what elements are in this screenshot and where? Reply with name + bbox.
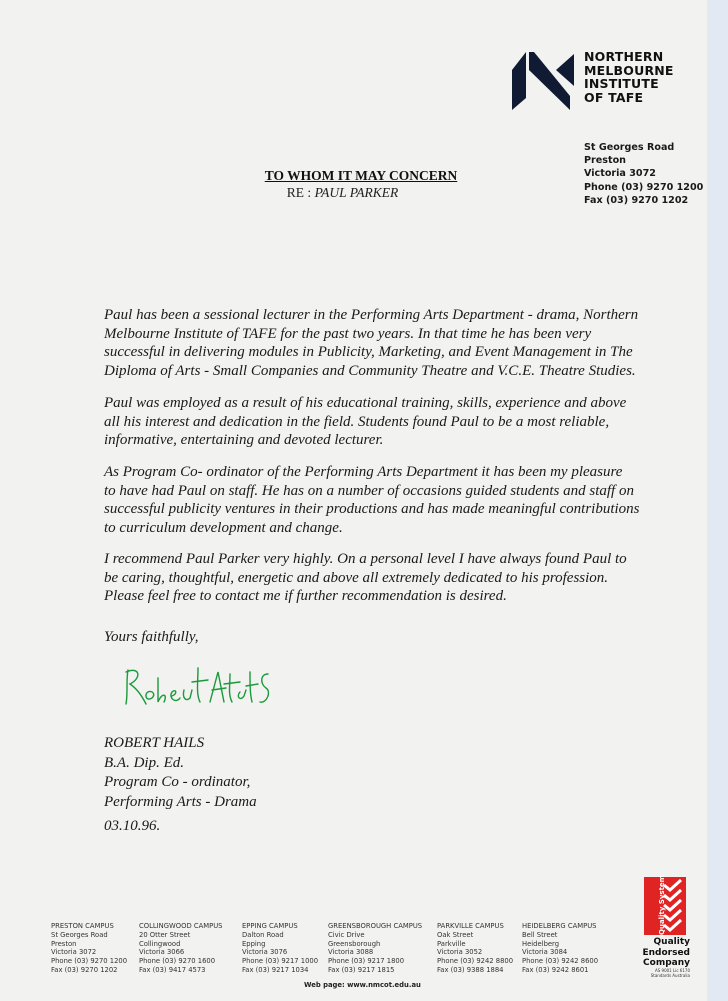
campus-line: Civic Drive [328,931,422,940]
checkmarks-icon [660,879,684,933]
org-name: NORTHERN MELBOURNE INSTITUTE OF TAFE [584,50,674,104]
campus-line: Fax (03) 9217 1034 [242,966,318,975]
org-name-line: INSTITUTE [584,77,674,91]
re-name: PAUL PARKER [315,185,399,200]
paragraph: Paul has been a sessional lecturer in th… [104,306,638,380]
campus-name: EPPING CAMPUS [242,922,318,931]
address-line: St Georges Road [584,141,703,154]
campus-line: Fax (03) 9242 8601 [522,966,598,975]
campus-line: Preston [51,940,127,949]
signer-department: Performing Arts - Drama [104,793,257,813]
campus-name: HEIDELBERG CAMPUS [522,922,598,931]
signature-icon [122,664,272,714]
letter-title: TO WHOM IT MAY CONCERN [15,168,707,184]
campus-line: Dalton Road [242,931,318,940]
paragraph: I recommend Paul Parker very highly. On … [104,550,627,606]
campus-parkville: PARKVILLE CAMPUS Oak Street Parkville Vi… [437,922,513,975]
org-name-line: NORTHERN [584,50,674,64]
campus-epping: EPPING CAMPUS Dalton Road Epping Victori… [242,922,318,975]
campus-line: Victoria 3076 [242,948,318,957]
text-line: Melbourne Institute of TAFE for the past… [104,326,591,342]
campus-line: Fax (03) 9270 1202 [51,966,127,975]
address-line: Preston [584,154,703,167]
campus-line: Victoria 3084 [522,948,598,957]
text-line: be caring, thoughtful, energetic and abo… [104,570,608,586]
campus-line: Phone (03) 9242 8600 [522,957,598,966]
campus-line: Phone (03) 9217 1800 [328,957,422,966]
signoff-block: ROBERT HAILS B.A. Dip. Ed. Program Co - … [104,734,257,812]
signer-title: Program Co - ordinator, [104,773,257,793]
quality-small-line: Standards Australia [636,973,690,978]
text-line: successful publicity ventures in their p… [104,501,640,517]
text-line: As Program Co- ordinator of the Performi… [104,464,622,480]
nmit-logo-icon [512,48,580,110]
campus-line: Phone (03) 9242 8800 [437,957,513,966]
campus-line: Victoria 3088 [328,948,422,957]
text-line: all his interest and dedication in the f… [104,414,609,430]
salutation: Yours faithfully, [104,629,198,646]
campus-line: Parkville [437,940,513,949]
campus-heidelberg: HEIDELBERG CAMPUS Bell Street Heidelberg… [522,922,598,975]
campus-name: PARKVILLE CAMPUS [437,922,513,931]
campus-preston: PRESTON CAMPUS St Georges Road Preston V… [51,922,127,975]
text-line: Diploma of Arts - Small Companies and Co… [104,363,636,379]
re-line: RE : PAUL PARKER [0,185,707,201]
quality-endorsed-label: Quality Endorsed Company [640,937,690,969]
quality-label-line: Company [640,958,690,969]
campus-greensborough: GREENSBOROUGH CAMPUS Civic Drive Greensb… [328,922,422,975]
quality-system-badge: Quality System [644,877,686,935]
web-page-link: Web page: www.nmcot.edu.au [304,981,421,989]
text-line: informative, entertaining and devoted le… [104,432,383,448]
letter-date: 03.10.96. [104,818,160,835]
campus-line: Victoria 3066 [139,948,223,957]
campus-line: Epping [242,940,318,949]
letter-page: NORTHERN MELBOURNE INSTITUTE OF TAFE St … [0,0,707,1001]
campus-line: Fax (03) 9388 1884 [437,966,513,975]
quality-label-line: Quality [640,937,690,948]
campus-line: Phone (03) 9217 1000 [242,957,318,966]
campus-name: PRESTON CAMPUS [51,922,127,931]
text-line: Paul was employed as a result of his edu… [104,395,626,411]
campus-line: St Georges Road [51,931,127,940]
org-name-line: OF TAFE [584,91,674,105]
org-name-line: MELBOURNE [584,64,674,78]
campus-name: COLLINGWOOD CAMPUS [139,922,223,931]
campus-line: Heidelberg [522,940,598,949]
campus-line: Greensborough [328,940,422,949]
campus-line: 20 Otter Street [139,931,223,940]
text-line: Please feel free to contact me if furthe… [104,588,507,604]
campus-line: Phone (03) 9270 1200 [51,957,127,966]
campus-line: Collingwood [139,940,223,949]
paragraph: As Program Co- ordinator of the Performi… [104,463,640,537]
text-line: to have had Paul on staff. He has on a n… [104,483,634,499]
signer-qualification: B.A. Dip. Ed. [104,754,257,774]
campus-name: GREENSBOROUGH CAMPUS [328,922,422,931]
campus-line: Oak Street [437,931,513,940]
paragraph: Paul was employed as a result of his edu… [104,394,626,450]
text-line: to curriculum development and change. [104,520,343,536]
campus-line: Victoria 3072 [51,948,127,957]
campus-line: Victoria 3052 [437,948,513,957]
text-line: Paul has been a sessional lecturer in th… [104,307,638,323]
campus-collingwood: COLLINGWOOD CAMPUS 20 Otter Street Colli… [139,922,223,975]
text-line: successful in delivering modules in Publ… [104,344,633,360]
campus-line: Phone (03) 9270 1600 [139,957,223,966]
quality-standard-text: AS 9001 Lic 6170 Standards Australia [636,968,690,978]
campus-line: Fax (03) 9217 1815 [328,966,422,975]
scan-background-strip [707,0,728,1001]
quality-label-line: Endorsed [640,948,690,959]
letter-heading: TO WHOM IT MAY CONCERN RE : PAUL PARKER [0,168,707,201]
re-label: RE : [287,185,311,200]
campus-line: Fax (03) 9417 4573 [139,966,223,975]
text-line: I recommend Paul Parker very highly. On … [104,551,627,567]
campus-line: Bell Street [522,931,598,940]
signer-name: ROBERT HAILS [104,734,257,754]
